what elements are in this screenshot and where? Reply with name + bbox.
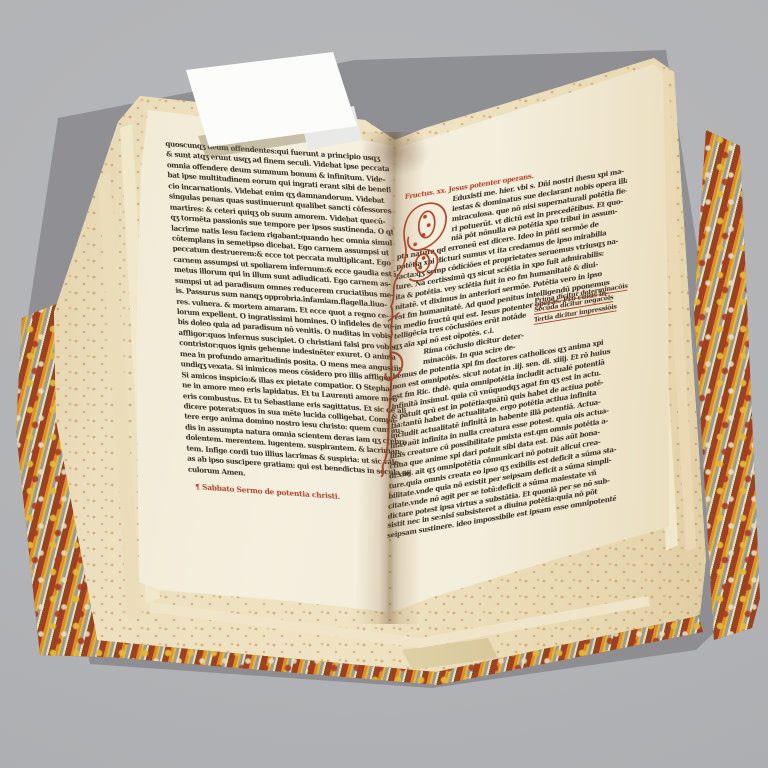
photo-background: quoscunqʒ deum offendentes:qui fuerunt a… [0, 0, 768, 768]
gutter-top-shadow [348, 126, 444, 190]
gutter-shadow [356, 132, 424, 625]
